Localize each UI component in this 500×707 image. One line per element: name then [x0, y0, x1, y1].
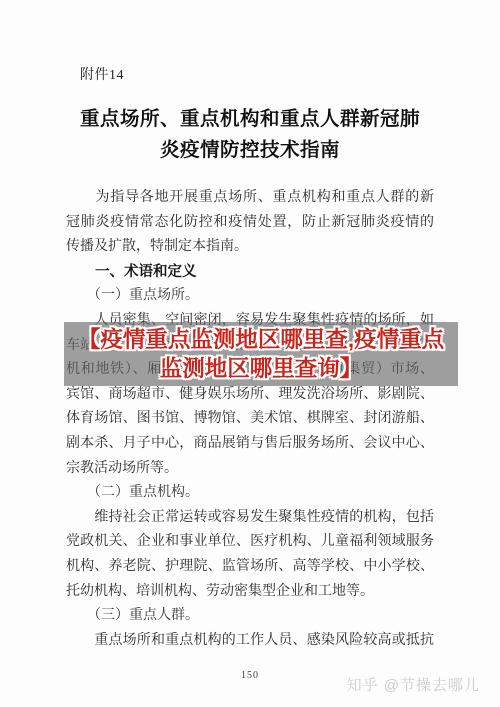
text-line: （一）重点场所。 [66, 284, 434, 309]
document-title-line1: 重点场所、重点机构和重点人群新冠肺 [0, 104, 500, 135]
overlay-banner-line2: 监测地区哪里查询】 [64, 354, 458, 383]
text-line: 传播及扩散，特制定本指南。 [66, 235, 434, 260]
text-line: 宗教活动场所等。 [66, 457, 434, 482]
text-line: 为指导各地开展重点场所、重点机构和重点人群的新 [66, 186, 434, 211]
overlay-banner-line1: 【疫情重点监测地区哪里查,疫情重点 [64, 325, 458, 354]
document-body: 为指导各地开展重点场所、重点机构和重点人群的新冠肺炎疫情常态化防控和疫情处置，防… [66, 186, 434, 653]
text-line: 维持社会正常运转或容易发生聚集性疫情的机构，包括 [66, 506, 434, 531]
text-line: （三）重点人群。 [66, 604, 434, 629]
text-line: 宾馆、商场超市、健身娱乐场所、理发洗浴场所、影剧院、 [66, 383, 434, 408]
attachment-label: 附件14 [80, 64, 124, 84]
text-line: 党政机关、企业和事业单位、医疗机构、儿童福利领域服务 [66, 530, 434, 555]
text-line: 重点场所和重点机构的工作人员、感染风险较高或抵抗 [66, 629, 434, 654]
document-title: 重点场所、重点机构和重点人群新冠肺 炎疫情防控技术指南 [0, 104, 500, 166]
overlay-banner: 【疫情重点监测地区哪里查,疫情重点 监测地区哪里查询】 [64, 322, 458, 386]
document-page: 附件14 重点场所、重点机构和重点人群新冠肺 炎疫情防控技术指南 为指导各地开展… [0, 0, 500, 707]
text-line: （二）重点机构。 [66, 481, 434, 506]
text-line: 托幼机构、培训机构、劳动密集型企业和工地等。 [66, 580, 434, 605]
text-line: 一、术语和定义 [66, 260, 434, 285]
watermark: 知乎 @节操去哪儿 [347, 674, 480, 695]
text-line: 体育场馆、图书馆、博物馆、美术馆、棋牌室、封闭游船、 [66, 407, 434, 432]
document-title-line2: 炎疫情防控技术指南 [0, 135, 500, 166]
text-line: 机构、养老院、护理院、监管场所、高等学校、中小学校、 [66, 555, 434, 580]
text-line: 剧本杀、月子中心，商品展销与售后服务场所、会议中心、 [66, 432, 434, 457]
text-line: 冠肺炎疫情常态化防控和疫情处置，防止新冠肺炎疫情的 [66, 211, 434, 236]
